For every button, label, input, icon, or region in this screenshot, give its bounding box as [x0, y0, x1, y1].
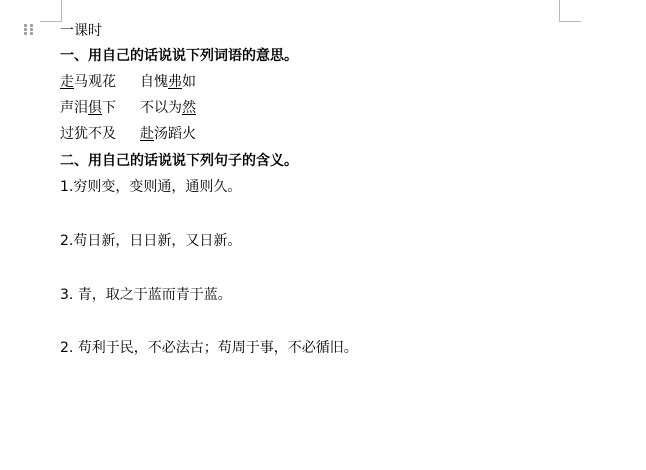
sentence-item-3: 3. 青，取之于蓝而青于蓝。: [60, 286, 232, 304]
sentence-item-4: 2. 苟利于民，不必法古；苟周于事，不必循旧。: [60, 339, 358, 357]
phrase-guo-you-bu-ji: 过犹不及: [60, 125, 140, 143]
phrase-row-3: 过犹不及赴汤蹈火: [60, 125, 220, 143]
sentence-item-1: 1.穷则变，变则通，通则久。: [60, 178, 241, 196]
page-corner-mark-top-right: [559, 0, 581, 22]
phrase-row-1: 走马观花自愧弗如: [60, 73, 220, 91]
sentence-item-2: 2.苟日新，日日新，又日新。: [60, 232, 241, 250]
phrase-sheng-lei-ju-xia: 声泪俱下: [60, 99, 140, 117]
lesson-label: 一课时: [60, 22, 102, 40]
section2-heading: 二、用自己的话说说下列句子的含义。: [60, 152, 298, 170]
phrase-row-2: 声泪俱下不以为然: [60, 99, 220, 117]
phrase-zi-kui-fu-ru: 自愧弗如: [140, 73, 220, 91]
phrase-fu-tang-dao-huo: 赴汤蹈火: [140, 125, 220, 143]
paragraph-drag-handle-icon[interactable]: [24, 24, 33, 36]
phrase-zou-ma-guan-hua: 走马观花: [60, 73, 140, 91]
section1-heading: 一、用自己的话说说下列词语的意思。: [60, 47, 298, 65]
phrase-bu-yi-wei-ran: 不以为然: [140, 99, 220, 117]
page-corner-mark-top-left: [40, 0, 62, 22]
